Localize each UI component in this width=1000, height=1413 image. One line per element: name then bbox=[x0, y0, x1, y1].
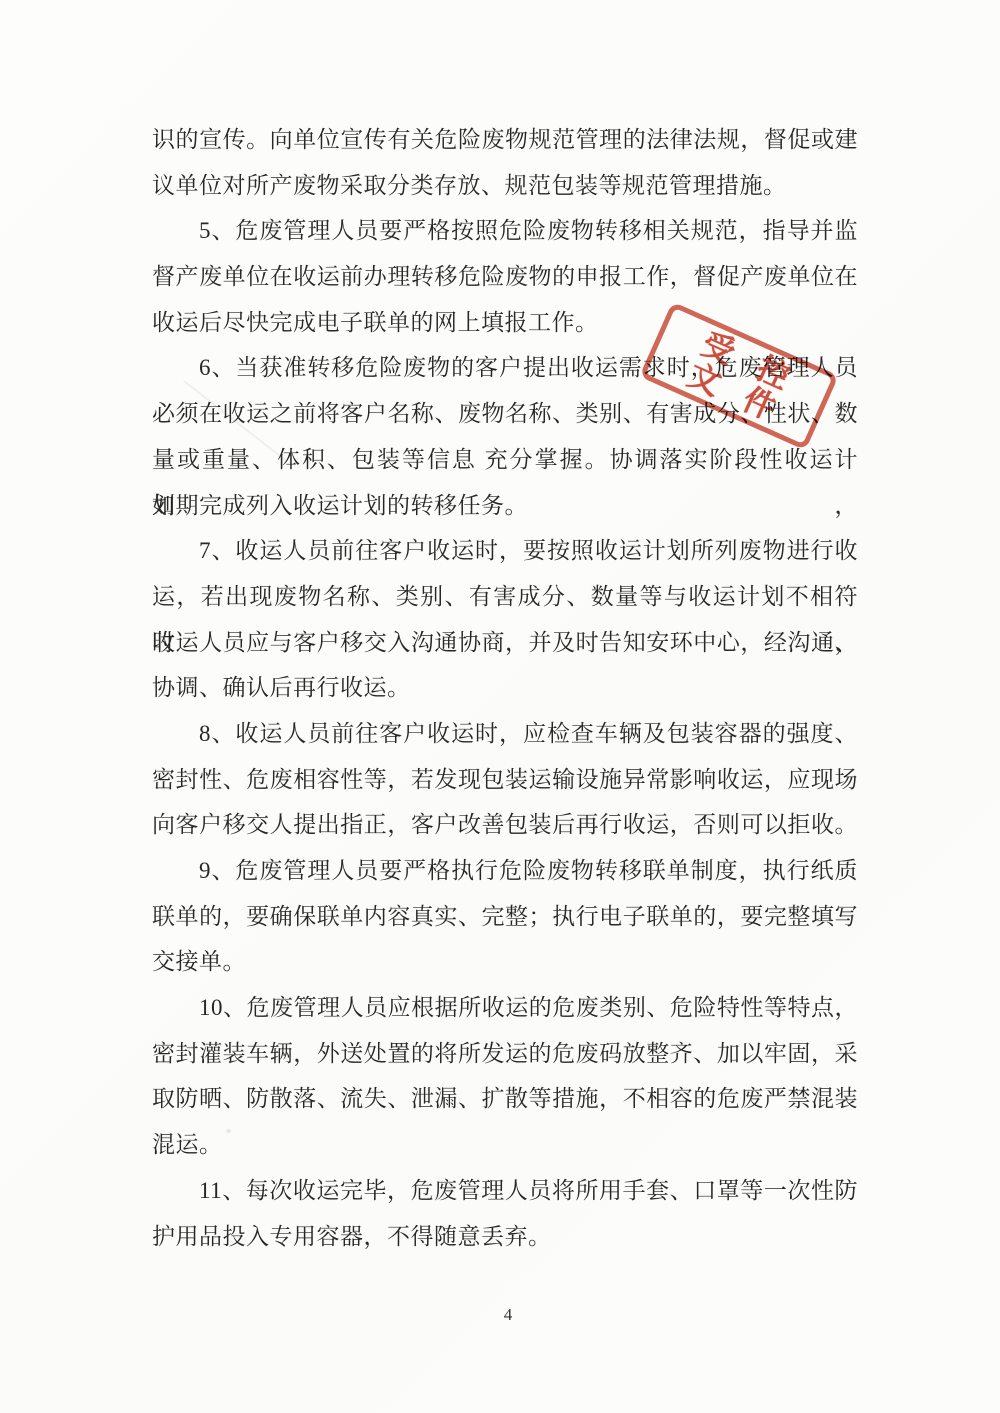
body-text: 识的宣传。向单位宣传有关危险废物规范管理的法律法规，督促或建议单位对所产废物采取… bbox=[152, 117, 858, 1259]
text-line: 护用品投入专用容器，不得随意丢弃。 bbox=[152, 1214, 858, 1260]
text-line: 量或重量、体积、包装等信息 充分掌握。协调落实阶段性收运计划， bbox=[152, 437, 858, 483]
scan-artifact-speck bbox=[226, 1129, 231, 1133]
text-line: 运，若出现废物名称、类别、有害成分、数量等与收运计划不相符时， bbox=[152, 574, 858, 620]
text-line: 10、危废管理人员应根据所收运的危废类别、危险特性等特点， bbox=[152, 985, 858, 1031]
text-line: 密封性、危废相容性等，若发现包装运输设施异常影响收运，应现场 bbox=[152, 757, 858, 803]
text-line: 5、危废管理人员要严格按照危险废物转移相关规范，指导并监 bbox=[152, 208, 858, 254]
text-line: 督产废单位在收运前办理转移危险废物的申报工作，督促产废单位在 bbox=[152, 254, 858, 300]
text-line: 9、危废管理人员要严格执行危险废物转移联单制度，执行纸质 bbox=[152, 848, 858, 894]
text-line: 密封灌装车辆，外送处置的将所发运的危废码放整齐、加以牢固，采 bbox=[152, 1031, 858, 1077]
page-number: 4 bbox=[0, 1305, 1000, 1325]
text-line: 联单的，要确保联单内容真实、完整；执行电子联单的，要完整填写 bbox=[152, 894, 858, 940]
text-line: 向客户移交人提出指正，客户改善包装后再行收运，否则可以拒收。 bbox=[152, 802, 858, 848]
text-line: 议单位对所产废物采取分类存放、规范包装等规范管理措施。 bbox=[152, 163, 858, 209]
text-line: 协调、确认后再行收运。 bbox=[152, 665, 858, 711]
text-line: 混运。 bbox=[152, 1122, 858, 1168]
text-line: 取防晒、防散落、流失、泄漏、扩散等措施，不相容的危废严禁混装 bbox=[152, 1076, 858, 1122]
text-line: 收运人员应与客户移交入沟通协商，并及时告知安环中心，经沟通、 bbox=[152, 620, 858, 666]
text-line: 8、收运人员前往客户收运时，应检查车辆及包装容器的强度、 bbox=[152, 711, 858, 757]
document-page: 识的宣传。向单位宣传有关危险废物规范管理的法律法规，督促或建议单位对所产废物采取… bbox=[0, 0, 1000, 1413]
text-line: 11、每次收运完毕，危废管理人员将所用手套、口罩等一次性防 bbox=[152, 1168, 858, 1214]
text-line: 识的宣传。向单位宣传有关危险废物规范管理的法律法规，督促或建 bbox=[152, 117, 858, 163]
text-line: 交接单。 bbox=[152, 939, 858, 985]
text-line: 7、收运人员前往客户收运时，要按照收运计划所列废物进行收 bbox=[152, 528, 858, 574]
